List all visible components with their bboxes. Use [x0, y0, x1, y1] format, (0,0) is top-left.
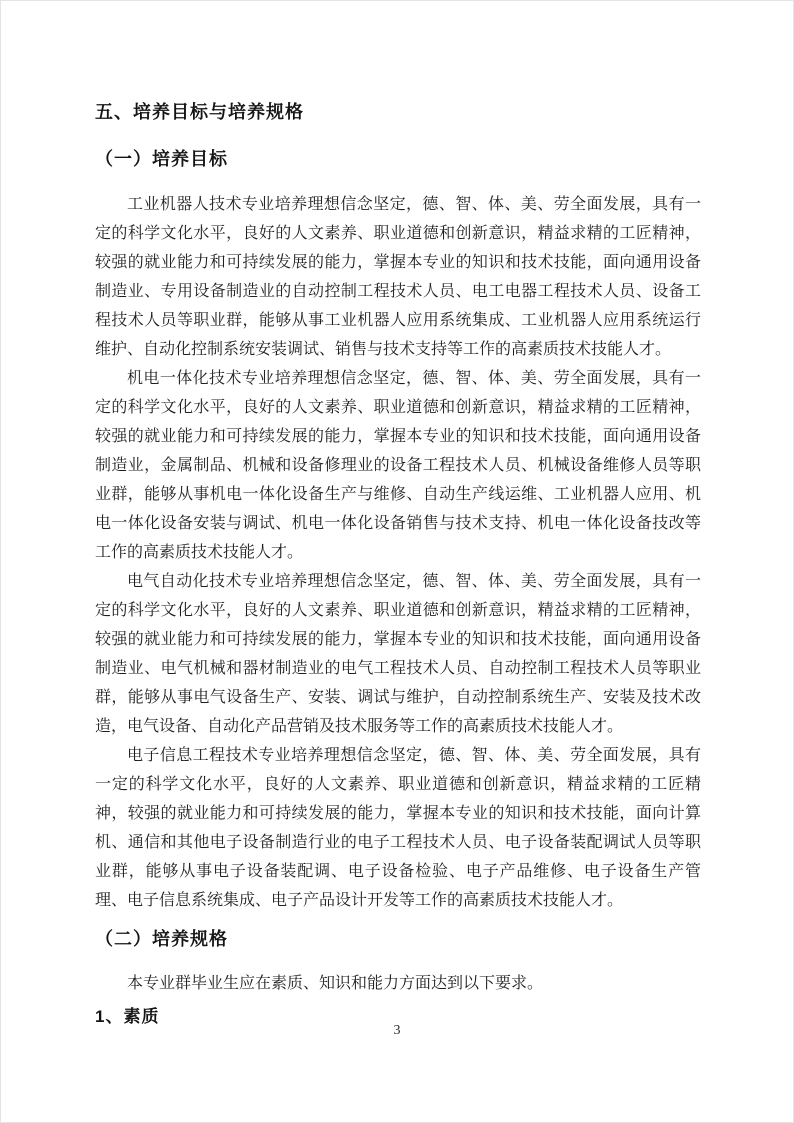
paragraph-industrial-robot-major: 工业机器人技术专业培养理想信念坚定，德、智、体、美、劳全面发展，具有一定的科学文… — [95, 190, 701, 364]
page-number: 3 — [1, 1023, 793, 1039]
section-heading-training-objectives-and-specs: 五、培养目标与培养规格 — [95, 101, 701, 124]
paragraph-mechatronics-major: 机电一体化技术专业培养理想信念坚定，德、智、体、美、劳全面发展，具有一定的科学文… — [95, 364, 701, 567]
document-page: 五、培养目标与培养规格 （一）培养目标 工业机器人技术专业培养理想信念坚定，德、… — [0, 0, 794, 1123]
paragraph-specs-intro: 本专业群毕业生应在素质、知识和能力方面达到以下要求。 — [95, 969, 701, 998]
subsection-heading-training-objectives: （一）培养目标 — [95, 148, 701, 171]
paragraph-electronic-information-major: 电子信息工程技术专业培养理想信念坚定，德、智、体、美、劳全面发展，具有一定的科学… — [95, 741, 701, 915]
subsection-heading-training-specifications: （二）培养规格 — [95, 928, 701, 951]
paragraph-electrical-automation-major: 电气自动化技术专业培养理想信念坚定，德、智、体、美、劳全面发展，具有一定的科学文… — [95, 567, 701, 741]
